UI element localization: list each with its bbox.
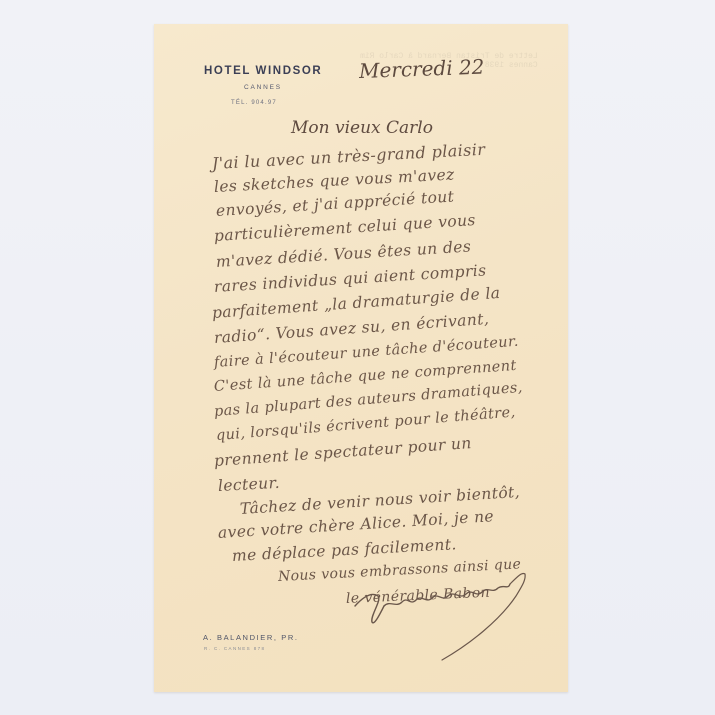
letter-sheet: Lettre de Tristan Bernard à Carlo Rim Ca…: [154, 24, 568, 692]
letterhead-printer: A. BALANDIER, PR.: [203, 633, 299, 642]
letter-line: lecteur.: [218, 474, 281, 495]
letterhead-city: CANNES: [244, 84, 282, 91]
letterhead-hotel-name: HOTEL WINDSOR: [204, 65, 322, 77]
letterhead-printer-address: R. C. CANNES 878: [204, 646, 265, 651]
photo-backdrop: Lettre de Tristan Bernard à Carlo Rim Ca…: [0, 0, 715, 715]
letter-date: Mercredi 22: [359, 55, 485, 83]
letter-salutation: Mon vieux Carlo: [291, 118, 433, 138]
letterhead-telephone: TÉL. 904.97: [231, 100, 277, 106]
signature-flourish-icon: [350, 544, 570, 674]
